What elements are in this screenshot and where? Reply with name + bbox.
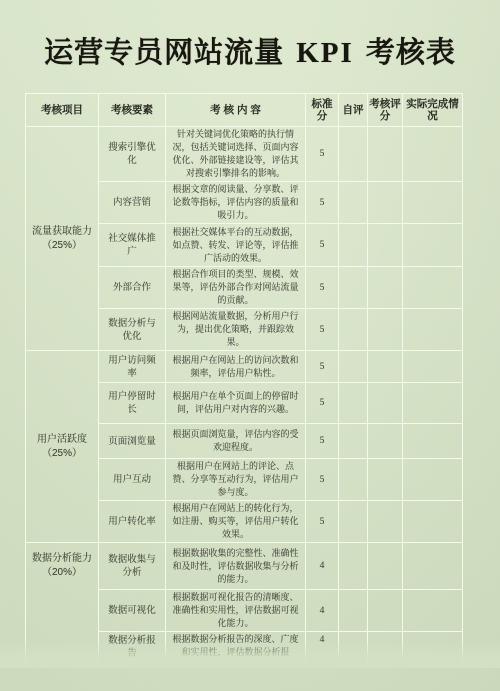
factor-cell: 用户访问频率	[99, 351, 166, 383]
standard-score-cell: 5	[306, 127, 339, 182]
review-score-cell	[368, 351, 403, 383]
table-row: 数据分析能力（20%） 数据收集与分析 根据数据收集的完整性、准确性和及时性，评…	[26, 543, 463, 590]
standard-score-cell: 5	[306, 501, 339, 543]
factor-cell: 用户停留时长	[99, 383, 166, 424]
content-cell: 根据数据分析报告的深度、广度和实用性，评估数据分析报	[166, 632, 306, 663]
project-cell-traffic: 流量获取能力（25%）	[26, 127, 99, 351]
actual-cell	[403, 590, 463, 632]
review-score-cell	[368, 543, 403, 590]
content-cell: 根据数据可视化报告的清晰度、准确性和实用性，评估数据可视化能力。	[166, 590, 306, 632]
factor-cell: 搜索引擎优化	[99, 127, 166, 182]
content-cell: 根据社交媒体平台的互动数据，如点赞、转发、评论等，评估推广活动的效果。	[166, 224, 306, 267]
content-cell: 针对关键词优化策略的执行情况，包括关键词选择、页面内容优化、外部链接建设等，评估…	[166, 127, 306, 182]
actual-cell	[403, 459, 463, 501]
kpi-assessment-table: 考核项目 考核要素 考 核 内 容 标准分 自评 考核评分 实际完成情况 流量获…	[25, 93, 463, 663]
standard-score-cell: 5	[306, 309, 339, 351]
self-score-cell	[339, 501, 368, 543]
actual-cell	[403, 309, 463, 351]
standard-score-cell: 4	[306, 590, 339, 632]
header-review-score: 考核评分	[368, 94, 403, 127]
self-score-cell	[339, 351, 368, 383]
actual-cell	[403, 632, 463, 663]
self-score-cell	[339, 459, 368, 501]
factor-cell: 数据分析报告	[99, 632, 166, 663]
actual-cell	[403, 501, 463, 543]
content-cell: 根据用户在网站上的访问次数和频率，评估用户粘性。	[166, 351, 306, 383]
factor-cell: 数据分析与优化	[99, 309, 166, 351]
actual-cell	[403, 182, 463, 224]
header-project: 考核项目	[26, 94, 99, 127]
content-cell: 根据文章的阅读量、分享数、评论数等指标，评估内容的质量和吸引力。	[166, 182, 306, 224]
standard-score-cell: 4	[306, 543, 339, 590]
self-score-cell	[339, 224, 368, 267]
review-score-cell	[368, 590, 403, 632]
factor-cell: 社交媒体推广	[99, 224, 166, 267]
standard-score-cell: 5	[306, 459, 339, 501]
header-actual: 实际完成情况	[403, 94, 463, 127]
page-title: 运营专员网站流量 KPI 考核表	[0, 30, 500, 71]
factor-cell: 数据可视化	[99, 590, 166, 632]
content-cell: 根据数据收集的完整性、准确性和及时性，评估数据收集与分析的能力。	[166, 543, 306, 590]
header-self-score: 自评	[339, 94, 368, 127]
factor-cell: 页面浏览量	[99, 424, 166, 459]
review-score-cell	[368, 501, 403, 543]
table-row: 用户活跃度（25%） 用户访问频率 根据用户在网站上的访问次数和频率，评估用户粘…	[26, 351, 463, 383]
content-cell: 根据网站流量数据，分析用户行为，提出优化策略，并跟踪效果。	[166, 309, 306, 351]
header-standard-score: 标准分	[306, 94, 339, 127]
review-score-cell	[368, 383, 403, 424]
actual-cell	[403, 224, 463, 267]
standard-score-cell: 5	[306, 182, 339, 224]
table-row: 流量获取能力（25%） 搜索引擎优化 针对关键词优化策略的执行情况，包括关键词选…	[26, 127, 463, 182]
standard-score-cell: 5	[306, 267, 339, 309]
content-cell: 根据用户在单个页面上的停留时间，评估用户对内容的兴趣。	[166, 383, 306, 424]
review-score-cell	[368, 182, 403, 224]
content-cell: 根据用户在网站上的转化行为，如注册、购买等，评估用户转化效果。	[166, 501, 306, 543]
standard-score-cell: 5	[306, 424, 339, 459]
actual-cell	[403, 424, 463, 459]
actual-cell	[403, 383, 463, 424]
self-score-cell	[339, 309, 368, 351]
actual-cell	[403, 351, 463, 383]
standard-score-cell: 5	[306, 351, 339, 383]
table-header-row: 考核项目 考核要素 考 核 内 容 标准分 自评 考核评分 实际完成情况	[26, 94, 463, 127]
title-part1: 运营专员网站流量	[44, 37, 284, 69]
self-score-cell	[339, 424, 368, 459]
factor-cell: 内容营销	[99, 182, 166, 224]
content-cell: 根据页面浏览量，评估内容的受欢迎程度。	[166, 424, 306, 459]
factor-cell: 用户互动	[99, 459, 166, 501]
scanned-kpi-form: { "title": { "part1": "运营专员网站流量", "kpi":…	[0, 0, 500, 691]
review-score-cell	[368, 632, 403, 663]
header-content: 考 核 内 容	[166, 94, 306, 127]
self-score-cell	[339, 590, 368, 632]
self-score-cell	[339, 267, 368, 309]
factor-cell: 数据收集与分析	[99, 543, 166, 590]
standard-score-cell: 5	[306, 383, 339, 424]
standard-score-cell: 5	[306, 224, 339, 267]
self-score-cell	[339, 383, 368, 424]
self-score-cell	[339, 182, 368, 224]
review-score-cell	[368, 224, 403, 267]
factor-cell: 用户转化率	[99, 501, 166, 543]
standard-score-cell: 4	[306, 632, 339, 663]
actual-cell	[403, 267, 463, 309]
title-part2: 考核表	[366, 37, 456, 69]
content-cell: 根据用户在网站上的评论、点赞、分享等互动行为，评估用户参与度。	[166, 459, 306, 501]
factor-cell: 外部合作	[99, 267, 166, 309]
self-score-cell	[339, 632, 368, 663]
project-cell-analysis: 数据分析能力（20%）	[26, 543, 99, 663]
review-score-cell	[368, 127, 403, 182]
actual-cell	[403, 127, 463, 182]
self-score-cell	[339, 127, 368, 182]
review-score-cell	[368, 424, 403, 459]
review-score-cell	[368, 459, 403, 501]
title-kpi: KPI	[293, 37, 357, 69]
content-cell: 根据合作项目的类型、规模、效果等，评估外部合作对网站流量的贡献。	[166, 267, 306, 309]
actual-cell	[403, 543, 463, 590]
header-factor: 考核要素	[99, 94, 166, 127]
review-score-cell	[368, 267, 403, 309]
self-score-cell	[339, 543, 368, 590]
project-cell-activity: 用户活跃度（25%）	[26, 351, 99, 543]
review-score-cell	[368, 309, 403, 351]
